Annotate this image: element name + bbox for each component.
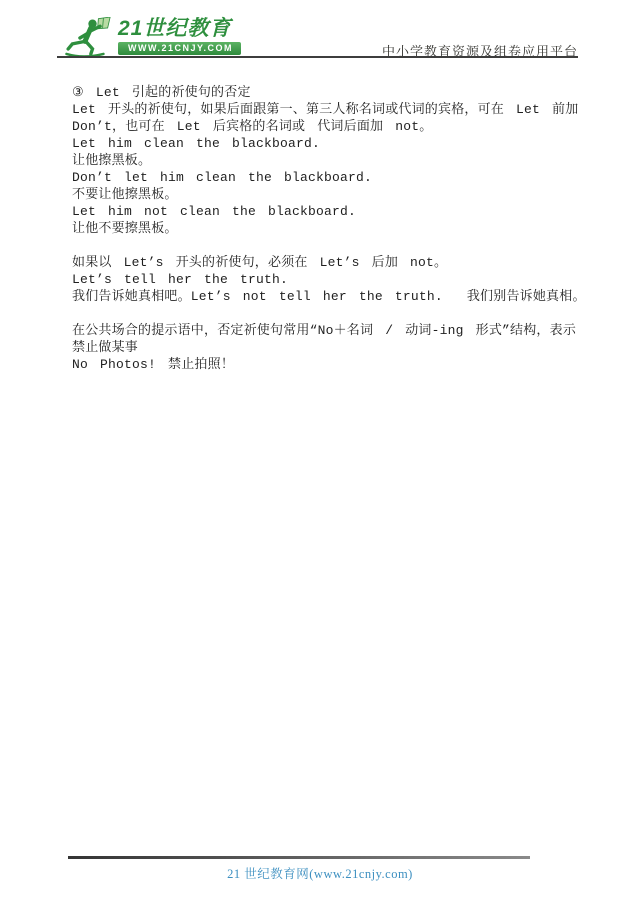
footer-divider [68, 856, 530, 859]
text-line: 如果以 Let’s 开头的祈使句，必须在 Let’s 后加 not。 [72, 254, 592, 271]
text-line: 在公共场合的提示语中，否定祈使句常用“No＋名词 / 动词-ing 形式”结构，… [72, 322, 592, 339]
text-line: 我们告诉她真相吧。Let’s not tell her the truth. 我… [72, 288, 592, 305]
brand-text-block: 21世纪教育 WWW.21CNJY.COM [118, 17, 241, 55]
text-line: Don’t，也可在 Let 后宾格的名词或 代词后面加 not。 [72, 118, 592, 135]
text-line: Let’s tell her the truth. [72, 271, 592, 288]
brand-url-band: WWW.21CNJY.COM [118, 42, 241, 55]
text-line: No Photos! 禁止拍照！ [72, 356, 592, 373]
header-divider [57, 56, 578, 58]
text-line [72, 237, 592, 254]
text-line: Let him clean the blackboard. [72, 135, 592, 152]
text-line: 让他不要擦黑板。 [72, 220, 592, 237]
text-line: ③ Let 引起的祈使句的否定 [72, 84, 592, 101]
text-line: Don’t let him clean the blackboard. [72, 169, 592, 186]
text-line: 不要让他擦黑板。 [72, 186, 592, 203]
text-line: 让他擦黑板。 [72, 152, 592, 169]
text-line: 禁止做某事 [72, 339, 592, 356]
text-line: Let 开头的祈使句，如果后面跟第一、第三人称名词或代词的宾格，可在 Let 前… [72, 101, 592, 118]
runner-with-book-icon [64, 17, 116, 59]
document-body: ③ Let 引起的祈使句的否定Let 开头的祈使句，如果后面跟第一、第三人称名词… [72, 84, 592, 373]
text-line: Let him not clean the blackboard. [72, 203, 592, 220]
brand-name: 21世纪教育 [118, 17, 241, 41]
document-page: 21世纪教育 WWW.21CNJY.COM 中小学教育资源及组卷应用平台 ③ L… [0, 0, 640, 905]
site-logo: 21世纪教育 WWW.21CNJY.COM [64, 17, 241, 59]
footer-site-link[interactable]: 21 世纪教育网(www.21cnjy.com) [227, 867, 413, 881]
text-line [72, 305, 592, 322]
footer-link-row: 21 世纪教育网(www.21cnjy.com) [0, 864, 640, 883]
